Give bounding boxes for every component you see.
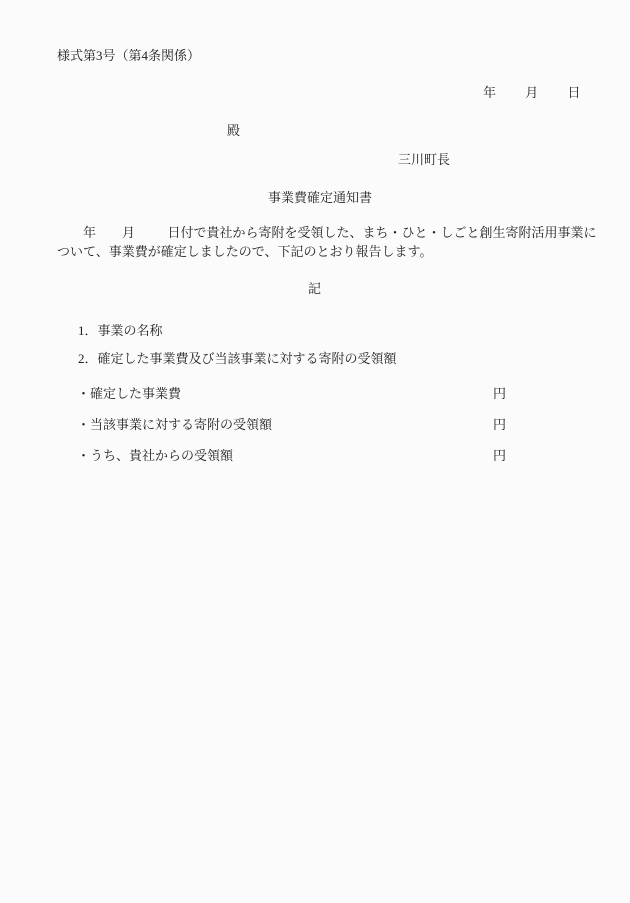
- amount-unit-yen: 円: [493, 387, 506, 400]
- numbered-item-1: 1．事業の名称: [78, 324, 163, 337]
- sender-name: 三川町長: [398, 153, 450, 166]
- amount-row: ・うち、貴社からの受領額 円: [0, 449, 630, 465]
- body-paragraph-line-1: 年 月 日付で貴社から寄附を受領した、まち・ひと・しごと創生寄附活用事業に: [57, 226, 597, 239]
- section-marker: 記: [308, 282, 321, 295]
- amount-label-fixed-expense: ・確定した事業費: [77, 387, 181, 400]
- amount-label-donation-received: ・当該事業に対する寄附の受領額: [77, 418, 272, 431]
- amount-label-from-your-company: ・うち、貴社からの受領額: [77, 449, 233, 462]
- document-page: 様式第3号（第4条関係） 年 月 日 殿 三川町長 事業費確定通知書 年 月 日…: [0, 0, 630, 903]
- amount-unit-yen: 円: [493, 449, 506, 462]
- form-number: 様式第3号（第4条関係）: [57, 49, 200, 62]
- amount-unit-yen: 円: [493, 418, 506, 431]
- body-paragraph-line-2: ついて、事業費が確定しましたので、下記のとおり報告します。: [57, 245, 432, 258]
- addressee-honorific: 殿: [227, 124, 240, 137]
- amount-row: ・当該事業に対する寄附の受領額 円: [0, 418, 630, 434]
- amount-row: ・確定した事業費 円: [0, 387, 630, 403]
- document-title: 事業費確定通知書: [268, 191, 372, 204]
- numbered-item-2: 2．確定した事業費及び当該事業に対する寄附の受領額: [78, 352, 397, 365]
- date-line: 年 月 日: [483, 86, 581, 99]
